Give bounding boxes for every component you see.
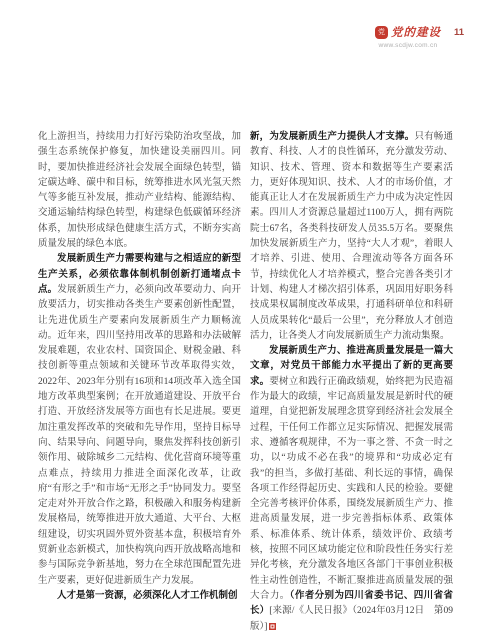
left-column: 化上游担当，持续用力打好污染防治攻坚战，加强生态系统保护修复，加快建设美丽四川。… bbox=[38, 130, 241, 635]
article-end-icon bbox=[269, 623, 276, 630]
paragraph: 发展新质生产力、推进高质量发展是一篇大文章，对党员干部能力水平提出了新的更高要求… bbox=[250, 344, 453, 635]
article-columns: 化上游担当，持续用力打好污染防治攻坚战，加强生态系统保护修复，加快建设美丽四川。… bbox=[38, 130, 453, 635]
paragraph-text: 要树立和践行正确政绩观，始终把为民造福作为最大的政绩，牢记高质量发展是新时代的硬… bbox=[250, 377, 453, 601]
paragraph-lead: 人才是第一资源，必须深化人才工作机制创 bbox=[57, 591, 238, 601]
paragraph-text: 只有畅通教育、科技、人才的良性循环，充分激发劳动、知识、技术、管理、资本和数据等… bbox=[250, 132, 453, 341]
logo-row: 党 党的建设 bbox=[375, 24, 441, 40]
paragraph: 发展新质生产力需要构建与之相适应的新型生产关系，必须依靠体制机制创新打通堵点卡点… bbox=[38, 252, 241, 589]
source-note: [来源/《人民日报》（2024年03月12日 第09版）] bbox=[250, 606, 453, 631]
paragraph-text: 发展新质生产力，必须向改革要动力、向开放要活力，切实推动各类生产要素创新性配置，… bbox=[38, 285, 241, 586]
seal-icon: 党 bbox=[375, 26, 388, 39]
site-url: www.scdjw.com.cn bbox=[378, 42, 437, 49]
magazine-page: 党 党的建设 www.scdjw.com.cn 11 化上游担当，持续用力打好污… bbox=[0, 0, 484, 640]
paragraph-text: 化上游担当，持续用力打好污染防治攻坚战，加强生态系统保护修复，加快建设美丽四川。… bbox=[38, 132, 241, 249]
page-number: 11 bbox=[454, 27, 464, 38]
paragraph-start: 人才是第一资源，必须深化人才工作机制创 bbox=[38, 589, 241, 604]
paragraph-continuation: 化上游担当，持续用力打好污染防治攻坚战，加强生态系统保护修复，加快建设美丽四川。… bbox=[38, 130, 241, 252]
logo-text: 党的建设 bbox=[391, 24, 441, 40]
magazine-logo: 党 党的建设 www.scdjw.com.cn bbox=[375, 24, 441, 49]
paragraph-continuation: 新，为发展新质生产力提供人才支撑。只有畅通教育、科技、人才的良性循环，充分激发劳… bbox=[250, 130, 453, 344]
right-column: 新，为发展新质生产力提供人才支撑。只有畅通教育、科技、人才的良性循环，充分激发劳… bbox=[250, 130, 453, 635]
paragraph-lead: 新，为发展新质生产力提供人才支撑。 bbox=[250, 132, 414, 142]
page-header: 党 党的建设 www.scdjw.com.cn 11 bbox=[375, 24, 464, 49]
